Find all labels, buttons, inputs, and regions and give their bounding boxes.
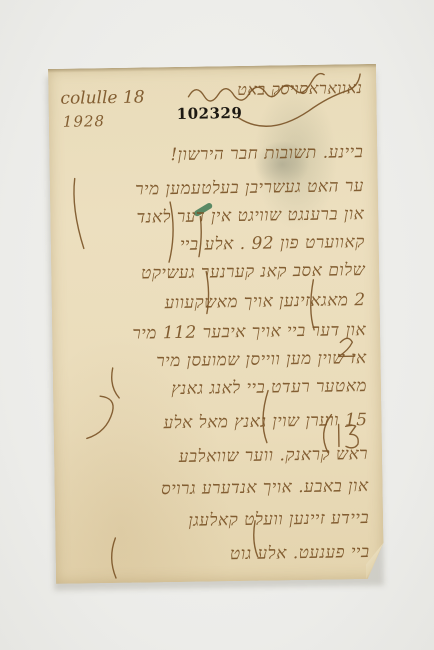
letter-line: ראש קראנק. ווער שוואלבע [179,444,369,467]
letter-date: colulle 18 [60,87,144,108]
letter-line: קאווערט פון 92 . אלע ביי [180,232,365,255]
letter-line: און ברענגט שוויגט אין דער לאנד [136,204,364,228]
letter-place-header: נאוואראסויסק באט [237,78,362,100]
letter-line: ביי פענעט. אלע גוט [230,542,370,564]
letter-line: מאטער רעדט ביי לאנג גאנץ [171,376,367,399]
letter-paper: 102329 colulle 18 1928 נאוואראסויסק באט … [48,64,384,584]
letter-line: 15 ווערן שוין גאנץ מאל אלע [163,410,367,433]
letter-line: און דער ביי אויך איבער 112 מיר [132,320,366,344]
photo-background: 102329 colulle 18 1928 נאוואראסויסק באט … [0,0,434,650]
archive-stamp-number: 102329 [177,104,243,123]
letter-year: 1928 [63,112,105,131]
letter-line: שלום אסב קאנ קערנער געשיקט [141,260,365,284]
letter-line: ביינע. תשובות חבר הירשון! [170,142,363,165]
letter-line: 2 מאגאזינען אויך מאשקעווע [165,290,366,313]
letter-line: ביידע זיינען וועלט קאלעגן [188,508,369,531]
paper-top-edge [48,64,376,73]
letter-line: ער האט געשריבן בעלטעמען מיר [135,176,364,200]
letter-line: און באבע. אויך אנדערע גרויס [161,476,369,499]
letter-line: אז שוין מען ווייסן שמועסן מיר [156,348,367,371]
